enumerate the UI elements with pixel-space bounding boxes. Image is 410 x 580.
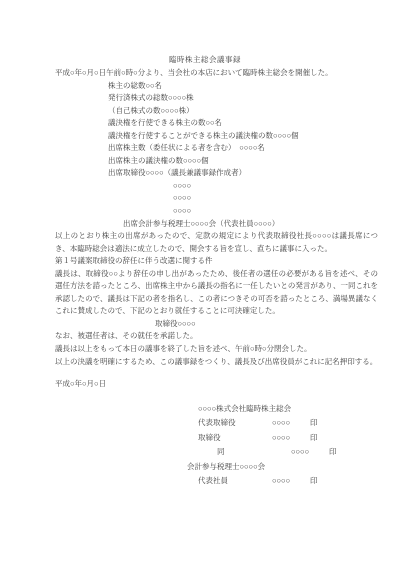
attendance-item: 議決権を行使できる株主の数○○名 [108,117,378,130]
signature-name: ○○○○ [291,445,329,460]
attending-director-name: ○○○○ [173,180,378,193]
seal-mark: 印 [329,445,337,460]
signature-row: 代表取締役○○○○印 [187,416,378,431]
attendance-item: 出席取締役○○○○（議長兼議事録作成者） [108,167,378,180]
signature-row: 代表社員○○○○印 [187,474,378,489]
document-page: 臨時株主総会議事録 平成○年○月○日午前○時○分より、当会社の本店において臨時株… [0,0,410,580]
signature-advisor-firm-line: 会計参与税理士○○○○会 [187,460,378,475]
signature-company-line: ○○○○株式会社臨時株主総会 [187,402,378,417]
appointee-line: 取締役○○○○ [155,318,378,331]
attendance-item: 議決権を行使することができる株主の議決権の数○○○○個 [108,130,378,143]
attendance-item: （自己株式の数○○○○株） [108,105,378,118]
agenda-title: 第１号議案取締役の辞任に伴う改選に関する件 [55,255,378,268]
signature-role: 代表取締役 [198,416,272,431]
attending-director-name: ○○○○ [173,205,378,218]
signature-role: 取締役 [198,431,272,446]
attending-director-name: ○○○○ [173,192,378,205]
seal-mark: 印 [310,474,318,489]
attendance-item: 発行済株式の総数○○○○株 [108,92,378,105]
attendance-list: 株主の総数○○名 発行済株式の総数○○○○株 （自己株式の数○○○○株） 議決権… [108,80,378,180]
document-title: 臨時株主総会議事録 [0,54,410,67]
acceptance-paragraph: なお、被選任者は、その就任を承諾した。 [55,330,378,343]
signature-name: ○○○○ [272,416,310,431]
signature-row: 取締役○○○○印 [187,431,378,446]
seal-mark: 印 [310,431,318,446]
signature-row: 同○○○○印 [187,445,378,460]
accounting-advisor-line: 出席会計参与税理士○○○○会（代表社員○○○○） [123,218,378,231]
signature-role: 代表社員 [198,474,272,489]
signature-role: 同 [198,445,291,460]
attendance-item: 出席株主の議決権の数○○○○個 [108,155,378,168]
attestation-paragraph: 以上の決議を明確にするため、この議事録をつくり、議長及び出席役員がこれに記名押印… [55,356,378,369]
attendance-item: 株主の総数○○名 [108,80,378,93]
agenda-body-paragraph: 議長は、取締役○○より辞任の申し出があったため、後任者の選任の必要がある旨を述べ… [55,268,378,318]
signature-name: ○○○○ [272,431,310,446]
document-body: 平成○年○月○日午前○時○分より、当会社の本店において臨時株主総会を開催した。 … [55,67,378,489]
signature-name: ○○○○ [272,474,310,489]
document-date: 平成○年○月○日 [55,378,378,391]
closing-paragraph: 議長は以上をもって本日の議事を終了した旨を述べ、午前○時○分閉会した。 [55,343,378,356]
signature-block: ○○○○株式会社臨時株主総会 代表取締役○○○○印 取締役○○○○印 同○○○○… [187,402,378,489]
attendance-item: 出席株主数（委任状による者を含む） ○○○○名 [108,142,378,155]
attending-directors-list: ○○○○ ○○○○ ○○○○ [173,180,378,218]
opening-paragraph: 以上のとおり株主の出席があったので、定款の規定により代表取締役社長○○○○は議長… [55,230,378,255]
seal-mark: 印 [310,416,318,431]
intro-paragraph: 平成○年○月○日午前○時○分より、当会社の本店において臨時株主総会を開催した。 [55,67,378,80]
